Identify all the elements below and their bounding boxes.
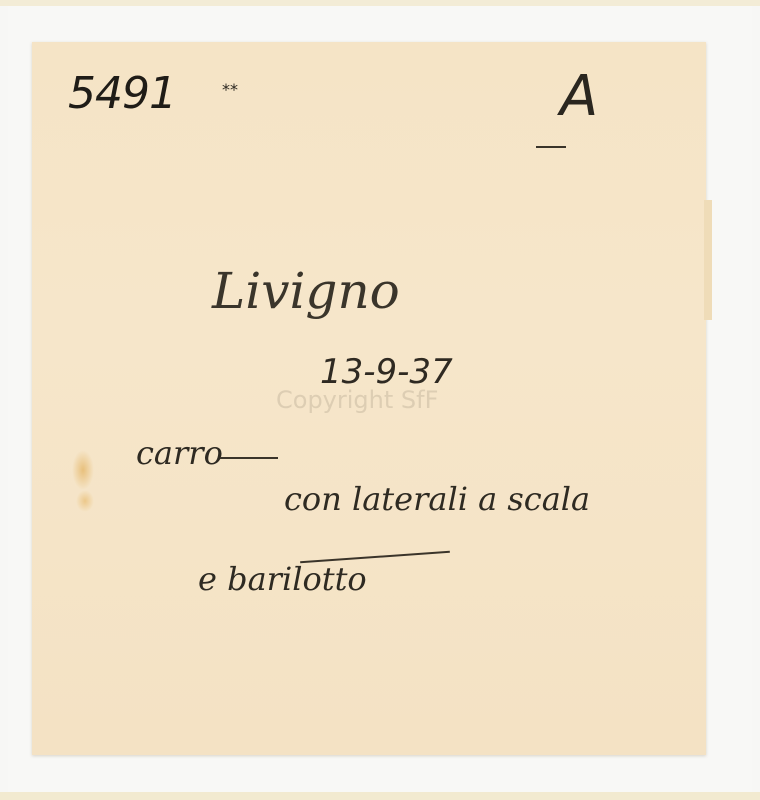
stain-mark — [72, 450, 94, 490]
place-name: Livigno — [212, 262, 400, 320]
letter-underline — [536, 146, 566, 148]
copyright-watermark: Copyright SfF — [276, 386, 438, 414]
paper-edge-tab — [704, 200, 712, 320]
stain-mark — [76, 490, 94, 512]
description-line-1: carro — [136, 434, 223, 472]
catalog-marks: ** — [222, 80, 238, 99]
description-line-3: e barilotto — [198, 560, 367, 598]
section-letter: A — [560, 64, 598, 129]
bottom-edge-strip — [0, 792, 760, 800]
ink-stroke — [220, 457, 278, 459]
catalog-number: 5491 — [68, 68, 176, 119]
description-line-2: con laterali a scala — [284, 480, 590, 518]
